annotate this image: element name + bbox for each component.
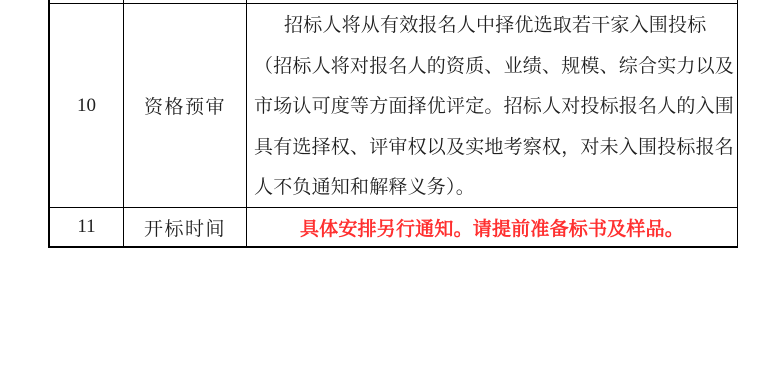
content-line: 人不负通知和解释义务）。 bbox=[254, 168, 727, 207]
table-row-11: 11 开标时间 具体安排另行通知。请提前准备标书及样品。 bbox=[50, 208, 737, 246]
content-cell: 招标人将从有效报名人中择优选取若干家入围投标 （招标人将对报名人的资质、业绩、规… bbox=[247, 4, 737, 207]
content-cell bbox=[247, 0, 737, 3]
content-line: 招标人将从有效报名人中择优选取若干家入围投标 bbox=[254, 6, 727, 47]
row-number-cell bbox=[50, 0, 124, 3]
content-line: （招标人将对报名人的资质、业绩、规模、综合实力以及 bbox=[254, 47, 727, 88]
bid-opening-notice-text: 具体安排另行通知。请提前准备标书及样品。 bbox=[300, 214, 684, 241]
content-cell: 具体安排另行通知。请提前准备标书及样品。 bbox=[247, 208, 737, 246]
row-number-cell: 10 bbox=[50, 4, 124, 207]
item-name-cell: 开标时间 bbox=[124, 208, 247, 246]
content-line: 具有选择权、评审权以及实地考察权，对未入围投标报名 bbox=[254, 128, 727, 169]
item-name-cell bbox=[124, 0, 247, 3]
row-number-cell: 11 bbox=[50, 208, 124, 246]
tender-info-table: 10 资格预审 招标人将从有效报名人中择优选取若干家入围投标 （招标人将对报名人… bbox=[48, 0, 738, 248]
document-page: 10 资格预审 招标人将从有效报名人中择优选取若干家入围投标 （招标人将对报名人… bbox=[0, 0, 781, 371]
table-row-10: 10 资格预审 招标人将从有效报名人中择优选取若干家入围投标 （招标人将对报名人… bbox=[50, 4, 737, 208]
item-name-cell: 资格预审 bbox=[124, 4, 247, 207]
content-line: 市场认可度等方面择优评定。招标人对投标报名人的入围 bbox=[254, 87, 727, 128]
